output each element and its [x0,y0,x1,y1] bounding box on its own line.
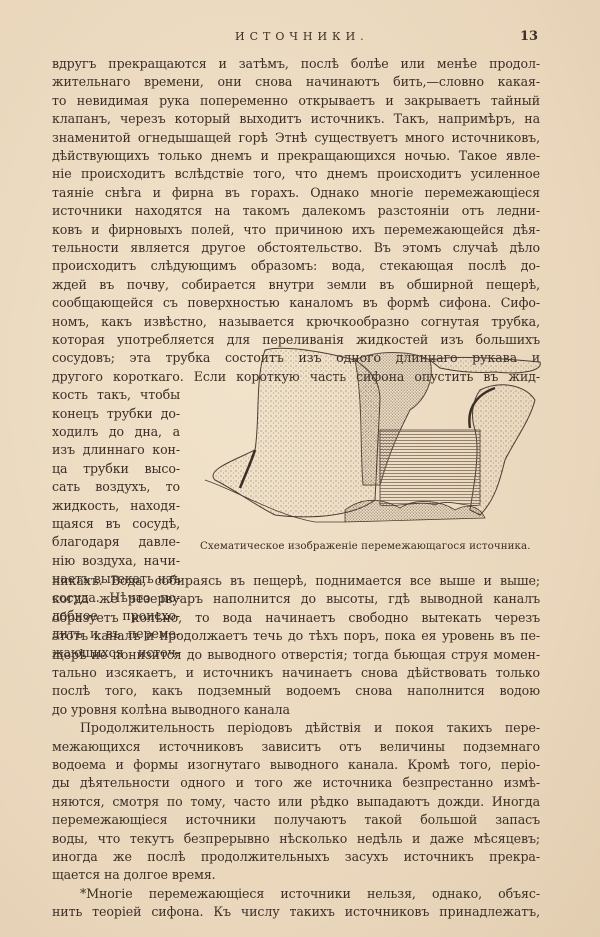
running-title: ИСТОЧНИКИ. [235,30,369,43]
page-number: 13 [520,29,538,44]
text-line: источники находятся на такомъ далекомъ р… [52,202,540,220]
text-line: клапанъ, черезъ который выходитъ источни… [52,110,540,128]
text-line: жительнаго времени, они снова начинаютъ … [52,73,540,91]
figure [195,340,575,530]
text-line: кость такъ, чтобы [52,386,180,404]
text-line: няются, смотря по тому, часто или рѣдко … [52,793,540,811]
text-line: образуетъ колѣно, то вода начинаетъ своб… [52,609,540,627]
cave-siphon-illustration-icon [195,340,575,530]
text-line: нію воздуха, начи- [52,552,180,570]
text-line: послѣ того, какъ подземный водоемъ снова… [52,682,540,700]
text-line: происходитъ слѣдующимъ образомъ: вода, с… [52,257,540,275]
text-line: щерѣ не понизится до выводного отверстія… [52,646,540,664]
text-line: ходилъ до дна, а [52,423,180,441]
text-line: иногда же послѣ продолжительныхъ засухъ … [52,848,540,866]
text-line: благодаря давле- [52,533,180,551]
book-page: ИСТОЧНИКИ. 13 вдругъ прекращаются и затѣ… [0,0,600,937]
text-line: Продолжительность періодовъ дѣйствія и п… [80,719,540,737]
text-line: ждей въ почву, собирается внутри земли в… [52,276,540,294]
text-line: перемежающіеся источники получаютъ такой… [52,811,540,829]
text-line: межающихся источниковъ зависитъ отъ вели… [52,738,540,756]
text-line: изъ длиннаго кон- [52,441,180,459]
text-line: ды дѣятельности одного и того же источни… [52,774,540,792]
text-line: знаменитой огнедышащей горѣ Этнѣ существ… [52,129,540,147]
text-line: *Многіе перемежающіеся источники нельзя,… [80,885,540,903]
text-line: жидкость, находя- [52,497,180,515]
running-head: ИСТОЧНИКИ. 13 [0,30,600,46]
text-line: то невидимая рука попеременно открываетъ… [52,92,540,110]
text-line: воды, что текутъ безпрерывно нѣсколько н… [52,830,540,848]
text-line: когда же резервуаръ наполнится до высоты… [52,590,540,608]
figure-caption: Схематическое изображеніе перемежающагос… [200,540,531,552]
text-line: ніе происходитъ вслѣдствіе того, что дне… [52,165,540,183]
text-line: никахъ. Вода, собираясь въ пещерѣ, подни… [52,572,540,590]
text-line: сать воздухъ, то [52,478,180,496]
text-line: сообщающейся съ поверхностью каналомъ въ… [52,294,540,312]
text-line: тально изсякаетъ, и источникъ начинаетъ … [52,664,540,682]
text-line: нить теоріей сифона. Къ числу такихъ ист… [52,903,540,921]
text-line: водоема и формы изогнутаго выводного кан… [52,756,540,774]
text-line: щаяся въ сосудѣ, [52,515,180,533]
text-line: ца трубки высо- [52,460,180,478]
text-line: тельности является другое обстоятельство… [52,239,540,257]
text-line: конецъ трубки до- [52,405,180,423]
text-line: дѣйствующихъ только днемъ и прекращающих… [52,147,540,165]
text-line: этотъ каналъ и продолжаетъ течь до тѣхъ … [52,627,540,645]
text-line: таяніе снѣга и фирна въ горахъ. Однако м… [52,184,540,202]
text-line: номъ, какъ извѣстно, называется крючкооб… [52,313,540,331]
text-line: ковъ и фирновыхъ полей, что причиною ихъ… [52,221,540,239]
text-line: до уровня колѣна выводного канала [52,701,540,719]
text-line: вдругъ прекращаются и затѣмъ, послѣ болѣ… [52,55,540,73]
text-line: щается на долгое время. [52,866,540,884]
